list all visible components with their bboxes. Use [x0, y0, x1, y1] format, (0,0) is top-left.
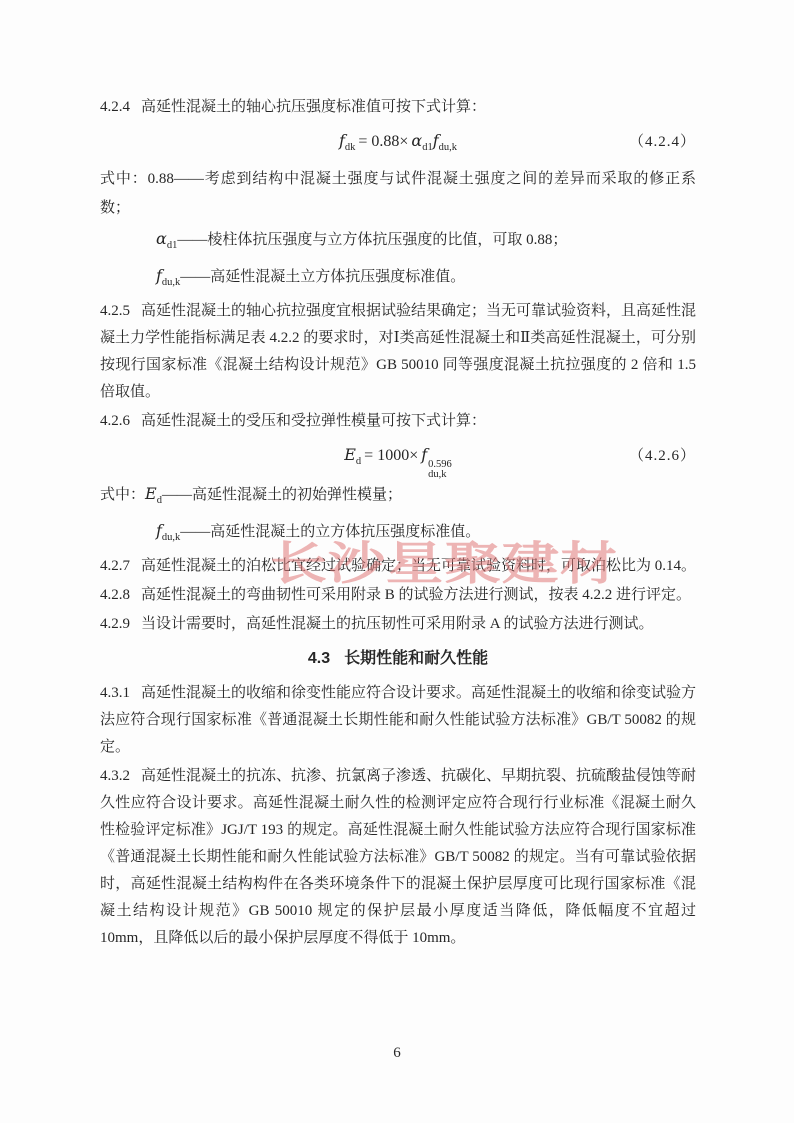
math-subscript: d1 — [167, 240, 178, 251]
page-content: 4.2.4高延性混凝土的轴心抗压强度标准值可按下式计算： fdk= 0.88×α… — [100, 94, 696, 954]
math-subscript: du,k — [439, 142, 457, 153]
math-variable: α — [156, 229, 167, 248]
math-subscript: d — [356, 456, 361, 467]
clause-4-2-8: 4.2.8高延性混凝土的弯曲韧性可采用附录 B 的试验方法进行测试，按表 4.2… — [100, 582, 696, 609]
section-title: 长期性能和耐久性能 — [344, 650, 488, 667]
math-subscript: du,k — [162, 277, 180, 288]
where-description: ——高延性混凝土的初始弹性模量； — [162, 487, 402, 503]
clause-4-3-2: 4.3.2高延性混凝土的抗冻、抗渗、抗氯离子渗透、抗碳化、早期抗裂、抗硫酸盐侵蚀… — [100, 763, 696, 952]
clause-text: 高延性混凝土的抗冻、抗渗、抗氯离子渗透、抗碳化、早期抗裂、抗硫酸盐侵蚀等耐久性应… — [100, 768, 696, 946]
clause-number: 4.2.4 — [100, 99, 130, 115]
math-variable: E — [344, 445, 356, 464]
clause-text: 当设计需要时，高延性混凝土的抗压韧性可采用附录 A 的试验方法进行测试。 — [141, 616, 654, 632]
equation-number: （4.2.6） — [629, 441, 696, 471]
clause-text: 高延性混凝土的轴心抗压强度标准值可按下式计算： — [141, 99, 486, 115]
where-label: 式中： — [100, 487, 145, 503]
where-description: ——考虑到结构中混凝土强度与试件混凝土强度之间的差异而采取的修正系数； — [100, 171, 696, 216]
clause-text: 高延性混凝土的轴心抗拉强度宜根据试验结果确定；当无可靠试验资料，且高延性混凝土力… — [100, 303, 696, 400]
where-clause-fduk-2: fdu,k——高延性混凝土的立方体抗压强度标准值。 — [100, 516, 696, 552]
equation-4-2-6: Ed= 1000×f0.596du,k — [344, 447, 452, 464]
document-page: 4.2.4高延性混凝土的轴心抗压强度标准值可按下式计算： fdk= 0.88×α… — [0, 0, 794, 1123]
where-clause-0-88: 式中：0.88——考虑到结构中混凝土强度与试件混凝土强度之间的差异而采取的修正系… — [100, 165, 696, 223]
math-subscript: du,k — [428, 470, 446, 480]
formula-4-2-4: fdk= 0.88×αd1fdu,k （4.2.4） — [100, 126, 696, 158]
clause-4-2-4: 4.2.4高延性混凝土的轴心抗压强度标准值可按下式计算： — [100, 94, 696, 121]
equation-number: （4.2.4） — [629, 127, 696, 157]
where-clause-ed: 式中：Ed——高延性混凝土的初始弹性模量； — [100, 479, 696, 515]
clause-4-3-1: 4.3.1高延性混凝土的收缩和徐变性能应符合设计要求。高延性混凝土的收缩和徐变试… — [100, 680, 696, 761]
clause-number: 4.2.8 — [100, 587, 130, 603]
math-variable: α — [411, 131, 422, 150]
clause-number: 4.2.5 — [100, 303, 130, 319]
clause-text: 高延性混凝土的泊松比宜经过试验确定；当无可靠试验资料时，可取泊松比为 0.14。 — [141, 558, 696, 574]
clause-4-2-5: 4.2.5高延性混凝土的轴心抗拉强度宜根据试验结果确定；当无可靠试验资料，且高延… — [100, 298, 696, 406]
clause-4-2-9: 4.2.9当设计需要时，高延性混凝土的抗压韧性可采用附录 A 的试验方法进行测试… — [100, 611, 696, 638]
math-operator: = 0.88× — [358, 133, 408, 150]
math-variable: E — [145, 484, 157, 503]
equation-4-2-4: fdk= 0.88×αd1fdu,k — [339, 133, 457, 150]
math-variable: f — [421, 445, 427, 464]
clause-4-2-7: 4.2.7高延性混凝土的泊松比宜经过试验确定；当无可靠试验资料时，可取泊松比为 … — [100, 553, 696, 580]
clause-number: 4.2.7 — [100, 558, 130, 574]
clause-number: 4.3.1 — [100, 685, 130, 701]
math-subscript: dk — [345, 142, 356, 153]
clause-number: 4.3.2 — [100, 768, 130, 784]
clause-number: 4.2.6 — [100, 413, 130, 429]
clause-number: 4.2.9 — [100, 616, 130, 632]
math-subscript: du,k — [162, 532, 180, 543]
clause-text: 高延性混凝土的收缩和徐变性能应符合设计要求。高延性混凝土的收缩和徐变试验方法应符… — [100, 685, 696, 755]
where-clause-fduk: fdu,k——高延性混凝土立方体抗压强度标准值。 — [100, 261, 696, 297]
where-description: ——高延性混凝土立方体抗压强度标准值。 — [180, 269, 465, 285]
where-description: ——高延性混凝土的立方体抗压强度标准值。 — [180, 524, 480, 540]
where-label: 式中： — [100, 171, 148, 187]
clause-text: 高延性混凝土的弯曲韧性可采用附录 B 的试验方法进行测试，按表 4.2.2 进行… — [141, 587, 691, 603]
page-number: 6 — [0, 1045, 794, 1062]
math-subscript: d1 — [422, 142, 433, 153]
where-clause-alpha: αd1——棱柱体抗压强度与立方体抗压强度的比值，可取 0.88； — [100, 224, 696, 260]
clause-4-2-6: 4.2.6高延性混凝土的受压和受拉弹性模量可按下式计算： — [100, 408, 696, 435]
math-operator: = 1000× — [364, 447, 418, 464]
section-heading-4-3: 4.3长期性能和耐久性能 — [100, 645, 696, 672]
section-number: 4.3 — [308, 650, 330, 667]
clause-text: 高延性混凝土的受压和受拉弹性模量可按下式计算： — [141, 413, 486, 429]
where-symbol: 0.88 — [148, 171, 174, 187]
formula-4-2-6: Ed= 1000×f0.596du,k （4.2.6） — [100, 440, 696, 472]
where-description: ——棱柱体抗压强度与立方体抗压强度的比值，可取 0.88； — [177, 232, 567, 248]
